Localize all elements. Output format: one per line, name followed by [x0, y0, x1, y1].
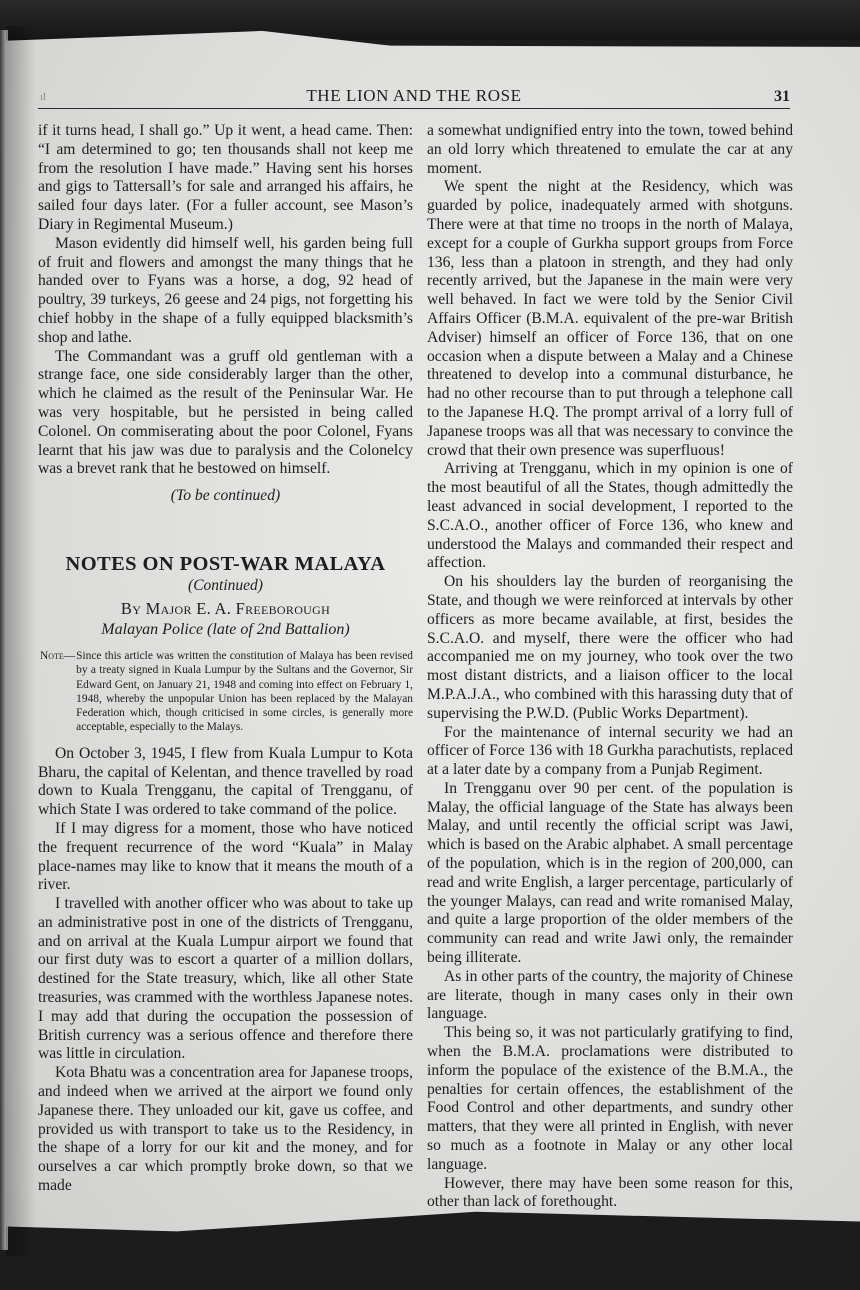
- paragraph: This being so, it was not particularly g…: [427, 1024, 793, 1174]
- paragraph: Arriving at Trengganu, which in my opini…: [427, 460, 793, 573]
- article-subtitle: (Continued): [38, 576, 413, 595]
- paragraph: The Commandant was a gruff old gentleman…: [38, 348, 413, 480]
- to-be-continued-note: (To be continued): [38, 487, 413, 506]
- paragraph: On his shoulders lay the burden of reorg…: [427, 573, 793, 723]
- right-column: a somewhat undignified entry into the to…: [427, 122, 793, 1212]
- author-affiliation: Malayan Police (late of 2nd Battalion): [38, 620, 413, 640]
- previous-article-ending: if it turns head, I shall go.” Up it wen…: [38, 122, 413, 506]
- paragraph: If I may digress for a moment, those who…: [38, 820, 413, 895]
- paragraph: In Trengganu over 90 per cent. of the po…: [427, 780, 793, 968]
- paragraph: Mason evidently did himself well, his ga…: [38, 235, 413, 348]
- paragraph: I travelled with another officer who was…: [38, 895, 413, 1064]
- note-label: Note—: [38, 649, 75, 735]
- paragraph: a somewhat undignified entry into the to…: [427, 122, 793, 178]
- page-number: 31: [774, 88, 790, 106]
- note-text: Since this article was written the const…: [75, 649, 413, 735]
- running-header: THE LION AND THE ROSE 31: [38, 84, 790, 109]
- paragraph: if it turns head, I shall go.” Up it wen…: [38, 122, 413, 235]
- paragraph: For the maintenance of internal security…: [427, 724, 793, 780]
- paragraph: However, there may have been some reason…: [427, 1175, 793, 1213]
- scan-backdrop: [0, 0, 860, 40]
- paragraph: Kota Bhatu was a concentration area for …: [38, 1064, 413, 1196]
- left-column: if it turns head, I shall go.” Up it wen…: [38, 122, 413, 1196]
- article: NOTES ON POST-WAR MALAYA (Continued) By …: [38, 552, 413, 1196]
- paragraph: We spent the night at the Residency, whi…: [427, 178, 793, 460]
- article-byline: By Major E. A. Freeborough: [38, 598, 413, 620]
- running-title: THE LION AND THE ROSE: [38, 86, 790, 106]
- article-title: NOTES ON POST-WAR MALAYA: [38, 552, 413, 576]
- article-body: On October 3, 1945, I flew from Kuala Lu…: [38, 745, 413, 1196]
- paragraph: As in other parts of the country, the ma…: [427, 968, 793, 1024]
- editorial-note: Note— Since this article was written the…: [38, 649, 413, 735]
- paragraph: On October 3, 1945, I flew from Kuala Lu…: [38, 745, 413, 820]
